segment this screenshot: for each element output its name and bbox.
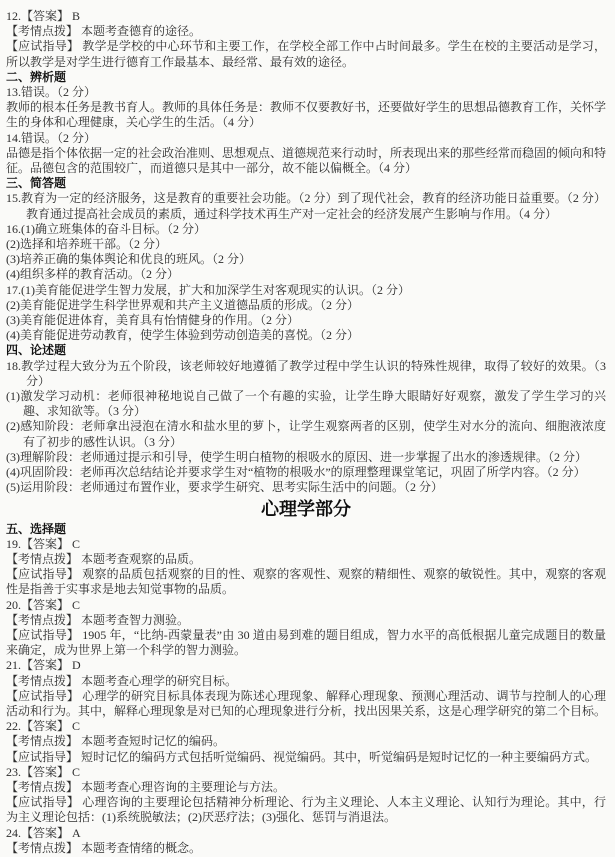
- answer-subpoint-line: (4)巩固阶段：老师再次总结结论并要求学生对“植物的根吸水”的原理整理课堂笔记，…: [6, 465, 606, 480]
- answer-detail-line: 【考情点拨】 本题考查心理咨询的主要理论与方法。: [6, 780, 606, 795]
- answer-item-line: 20.【答案】 C: [6, 598, 606, 613]
- answer-subpoint-line: (2)美育能促进学生科学世界观和共产主义道德品质的形成。（2 分）: [6, 298, 606, 313]
- answer-item-line: 17.(1)美育能促进学生智力发展，扩大和加深学生对客观现实的认识。（2 分）: [6, 283, 606, 298]
- answer-subpoint-line: (1)激发学习动机：老师很神秘地说自己做了一个有趣的实验，让学生睁大眼睛好好观察…: [6, 389, 606, 419]
- document-body: 12.【答案】 B【考情点拨】 本题考查德育的途径。【应试指导】 教学是学校的中…: [6, 9, 606, 856]
- answer-item-line: 15.教育为一定的经济服务，这是教育的重要社会功能。（2 分）到了现代社会，教育…: [6, 191, 606, 221]
- answer-item-line: 13.错误。（2 分）: [6, 85, 606, 100]
- answer-detail-line: 【考情点拨】 本题考查情绪的概念。: [6, 841, 606, 856]
- answer-subpoint-line: (5)运用阶段：老师通过布置作业，要求学生研究、思考实际生活中的问题。（2 分）: [6, 480, 606, 495]
- answer-detail-line: 【应试指导】 教学是学校的中心环节和主要工作，在学校全部工作中占时间最多。学生在…: [6, 39, 606, 69]
- answer-item-line: 21.【答案】 D: [6, 658, 606, 673]
- answer-subpoint-line: (2)感知阶段：老师拿出浸泡在清水和盐水里的萝卜，让学生观察两者的区别，使学生对…: [6, 419, 606, 449]
- scanned-answer-page: 12.【答案】 B【考情点拨】 本题考查德育的途径。【应试指导】 教学是学校的中…: [0, 0, 615, 857]
- answer-subpoint-line: (4)组织多样的教育活动。（2 分）: [6, 267, 606, 282]
- answer-detail-line: 【应试指导】 心理咨询的主要理论包括精神分析理论、行为主义理论、人本主义理论、认…: [6, 795, 606, 825]
- answer-detail-line: 【考情点拨】 本题考查心理学的研究目标。: [6, 674, 606, 689]
- answer-subpoint-line: (3)美育能促进体育，美育具有怡情健身的作用。（2 分）: [6, 313, 606, 328]
- answer-item-line: 18.教学过程大致分为五个阶段，该老师较好地遵循了教学过程中学生认识的特殊性规律…: [6, 359, 606, 389]
- answer-item-line: 12.【答案】 B: [6, 9, 606, 24]
- answer-detail-line: 【应试指导】 短时记忆的编码方式包括听觉编码、视觉编码。其中，听觉编码是短时记忆…: [6, 750, 606, 765]
- section-title: 五、选择题: [6, 522, 606, 537]
- answer-detail-line: 教师的根本任务是教书育人。教师的具体任务是：教师不仅要教好书，还要做好学生的思想…: [6, 100, 606, 130]
- answer-item-line: 16.(1)确立班集体的奋斗目标。（2 分）: [6, 222, 606, 237]
- answer-detail-line: 【考情点拨】 本题考查观察的品质。: [6, 552, 606, 567]
- answer-detail-line: 【应试指导】 观察的品质包括观察的目的性、观察的客观性、观察的精细性、观察的敏锐…: [6, 567, 606, 597]
- answer-detail-line: 【考情点拨】 本题考查德育的途径。: [6, 24, 606, 39]
- answer-subpoint-line: (3)理解阶段：老师通过提示和引导，使学生明白植物的根吸水的原因、进一步掌握了出…: [6, 450, 606, 465]
- answer-detail-line: 【考情点拨】 本题考查智力测验。: [6, 613, 606, 628]
- answer-item-line: 24.【答案】 A: [6, 826, 606, 841]
- answer-item-line: 23.【答案】 C: [6, 765, 606, 780]
- answer-detail-line: 品德是指个体依据一定的社会政治准则、思想观点、道德规范来行动时，所表现出来的那些…: [6, 146, 606, 176]
- answer-item-line: 14.错误。（2 分）: [6, 131, 606, 146]
- answer-subpoint-line: (2)选择和培养班干部。（2 分）: [6, 237, 606, 252]
- answer-detail-line: 【考情点拨】 本题考查短时记忆的编码。: [6, 734, 606, 749]
- answer-item-line: 19.【答案】 C: [6, 537, 606, 552]
- answer-detail-line: 【应试指导】 心理学的研究目标具体表现为陈述心理现象、解释心理现象、预测心理活动…: [6, 689, 606, 719]
- part-heading: 心理学部分: [6, 496, 606, 522]
- section-title: 三、简答题: [6, 176, 606, 191]
- answer-item-line: 22.【答案】 C: [6, 719, 606, 734]
- section-title: 二、辨析题: [6, 70, 606, 85]
- answer-subpoint-line: (4)美育能促进劳动教育，使学生体验到劳动创造美的喜悦。（2 分）: [6, 328, 606, 343]
- answer-subpoint-line: (3)培养正确的集体舆论和优良的班风。（2 分）: [6, 252, 606, 267]
- section-title: 四、论述题: [6, 343, 606, 358]
- answer-detail-line: 【应试指导】 1905 年，“比纳-西蒙量表”由 30 道由易到难的题目组成，智…: [6, 628, 606, 658]
